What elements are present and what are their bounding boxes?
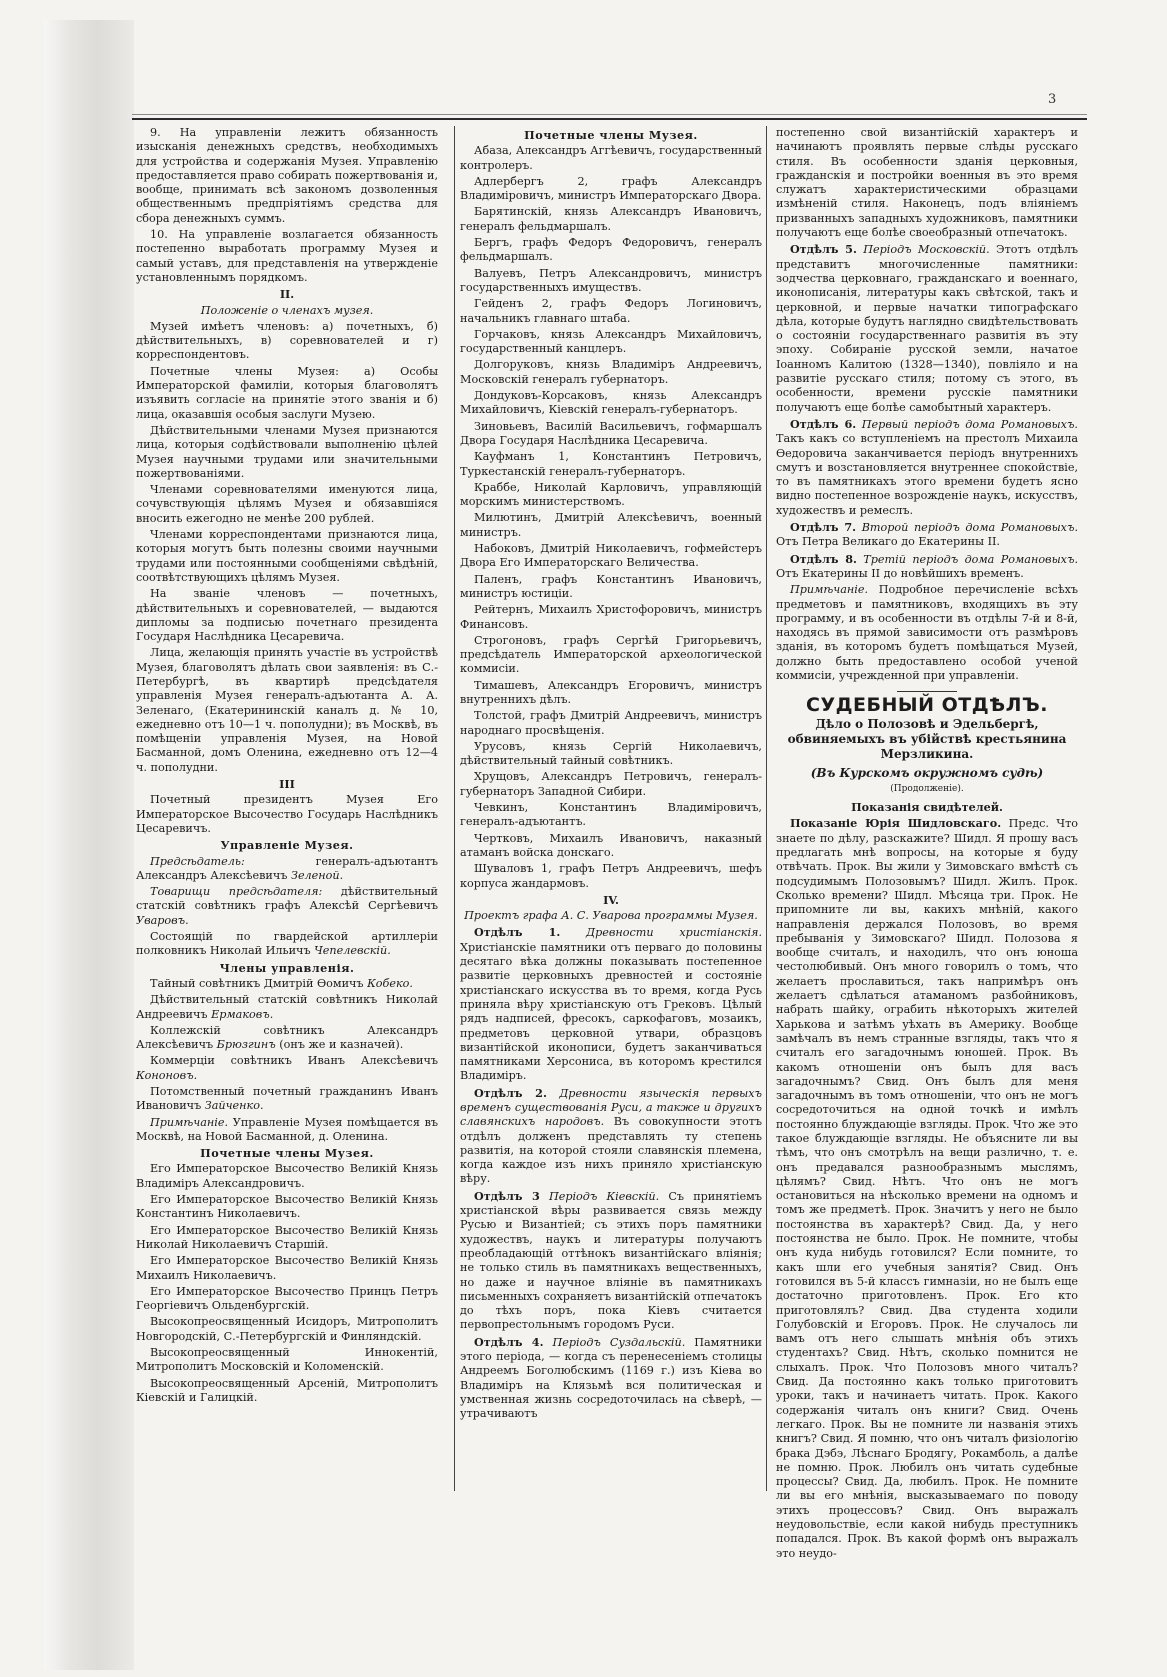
artillery-text: Состоящій по гвардейской артиллеріи полк… (136, 930, 438, 957)
column-divider-1 (454, 126, 455, 1491)
honorary-member: Тимашевъ, Александръ Егоровичъ, министръ… (460, 679, 762, 708)
competitor-members-def: Членами соревнователями именуются лица, … (136, 483, 438, 526)
department-8: Отдѣлъ 8. Третій періодъ дома Романовыхъ… (776, 552, 1078, 582)
section-title-program: Проектъ графа А. С. Уварова программы Му… (460, 909, 762, 923)
section-title-members: Положеніе о членахъ музея. (136, 304, 438, 318)
dept-label: Отдѣлъ 3 (474, 1189, 540, 1203)
honorary-member: Высокопреосвященный Иннокентій, Митропол… (136, 1346, 438, 1375)
department-4-continued: постепенно свой византійскій характеръ и… (776, 126, 1078, 240)
board-members-title: Члены управленія. (136, 961, 438, 975)
board-member: Коллежскій совѣтникъ Александръ Алексѣев… (136, 1024, 438, 1053)
honorary-member: Бергъ, графъ Федоръ Федоровичъ, генералъ… (460, 236, 762, 265)
dept-title: Третій періодъ дома Романовыхъ. (863, 553, 1078, 566)
honorary-title-col1: Почетные члены Музея. (136, 1146, 438, 1160)
honorary-title-col2: Почетные члены Музея. (460, 128, 762, 142)
department-3: Отдѣлъ 3 Періодъ Кіевскій. Съ принятіемъ… (460, 1189, 762, 1333)
president-paragraph: Почетный президентъ Музея Его Императорс… (136, 793, 438, 836)
note-label: Примѣчаніе. (790, 583, 868, 596)
board-member-text: Потомственный почетный гражданинъ Иванъ … (136, 1085, 438, 1112)
honorary-member: Хрущовъ, Александръ Петровичъ, генералъ-… (460, 770, 762, 799)
honorary-member: Чертковъ, Михаилъ Ивановичъ, наказный ат… (460, 832, 762, 861)
department-6: Отдѣлъ 6. Первый періодъ дома Романовыхъ… (776, 417, 1078, 518)
deputy-label: Товарищи предсѣдателя: (150, 885, 322, 898)
dept-text: Съ принятіемъ христіанской вѣры развивае… (460, 1190, 762, 1332)
testimony-text: Предс. Что знаете по дѣлу, разскажите? Ш… (776, 817, 1078, 1559)
department-1: Отдѣлъ 1. Древности христіанскія. Христі… (460, 925, 762, 1083)
honorary-member: Высокопреосвященный Исидоръ, Митрополитъ… (136, 1315, 438, 1344)
honorary-member: Высокопреосвященный Арсеній, Митрополитъ… (136, 1377, 438, 1406)
case-court: (Въ Курскомъ окружномъ судѣ) (776, 766, 1078, 780)
honorary-member: Горчаковъ, князь Александръ Михайловичъ,… (460, 328, 762, 357)
board-member: Коммерціи совѣтникъ Иванъ Алексѣевичъ Ко… (136, 1054, 438, 1083)
honorary-member: Паленъ, графъ Константинъ Ивановичъ, мин… (460, 573, 762, 602)
honorary-member: Шуваловъ 1, графъ Петръ Андреевичъ, шефъ… (460, 862, 762, 891)
board-note: Примѣчаніе. Управленіе Музея помѣщается … (136, 1116, 438, 1145)
artillery-name: Чепелевскій. (314, 944, 391, 957)
honorary-member: Его Императорское Высочество Великій Кня… (136, 1224, 438, 1253)
section-separator (897, 691, 957, 692)
department-4: Отдѣлъ 4. Періодъ Суздальскій. Памятники… (460, 1335, 762, 1422)
testimony-subtitle: Показаніе Юрія Шидловскаго. (790, 816, 1001, 830)
dept-title: Первый періодъ дома Романовыхъ. (862, 418, 1078, 431)
honorary-member: Адлербергъ 2, графъ Александръ Владиміро… (460, 175, 762, 204)
case-title: Дѣло о Полозовѣ и Эдельбергѣ, обвиняемых… (776, 717, 1078, 762)
honorary-member: Барятинскій, князь Александръ Ивановичъ,… (460, 205, 762, 234)
paragraph-9: 9. На управленіи лежитъ обязанность изыс… (136, 126, 438, 226)
scan-margin-shadow (44, 20, 134, 1670)
board-member-name: Ермаковъ. (211, 1008, 273, 1021)
honorary-member: Рейтернъ, Михаилъ Христофоровичъ, минист… (460, 603, 762, 632)
corresponding-members-def: Членами корреспондентами признаются лица… (136, 528, 438, 585)
column-2: Почетные члены Музея. Абаза, Александръ … (460, 126, 762, 1424)
testimony-title: Показанія свидѣтелей. (776, 800, 1078, 814)
honorary-member: Абаза, Александръ Аггѣевичъ, государстве… (460, 144, 762, 173)
board-member-suffix: (онъ же и казначей). (276, 1038, 404, 1051)
honorary-member: Его Императорское Высочество Великій Кня… (136, 1162, 438, 1191)
dept-text: Этотъ отдѣлъ представитъ многочисленные … (776, 243, 1078, 413)
dept-title: Древности христіанскія. (586, 926, 762, 939)
board-member-name: Кононовъ. (136, 1069, 197, 1082)
dept-label: Отдѣлъ 2. (474, 1086, 547, 1100)
chairman-paragraph: Предсѣдатель: генералъ-адъютантъ Алексан… (136, 855, 438, 884)
active-members-def: Дѣйствительными членами Музея признаются… (136, 424, 438, 481)
column-divider-2 (766, 126, 767, 1491)
dept-label: Отдѣлъ 8. (790, 552, 857, 566)
column-1: 9. На управленіи лежитъ обязанность изыс… (136, 126, 438, 1407)
honorary-member: Чевкинъ, Константинъ Владиміровичъ, гене… (460, 801, 762, 830)
testimony-paragraph: Показаніе Юрія Шидловскаго. Предс. Что з… (776, 816, 1078, 1560)
continuation-label: (Продолженіе). (776, 782, 1078, 796)
honorary-member: Долгоруковъ, князь Владиміръ Андреевичъ,… (460, 358, 762, 387)
chairman-label: Предсѣдатель: (150, 855, 245, 868)
honorary-member: Дондуковъ-Корсаковъ, князь Александръ Ми… (460, 389, 762, 418)
court-section-title: СУДЕБНЫЙ ОТДѢЛЪ. (776, 698, 1078, 712)
dept-title: Періодъ Кіевскій. (549, 1190, 659, 1203)
board-member-text: Коммерціи совѣтникъ Иванъ Алексѣевичъ (150, 1054, 438, 1067)
note-label: Примѣчаніе. (150, 1116, 228, 1129)
department-7: Отдѣлъ 7. Второй періодъ дома Романовыхъ… (776, 520, 1078, 550)
honorary-member: Гейденъ 2, графъ Федоръ Логиновичъ, нача… (460, 297, 762, 326)
dept-title: Періодъ Суздальскій. (552, 1336, 685, 1349)
dept-text: Отъ Петра Великаго до Екатерины II. (776, 535, 1000, 548)
honorary-member: Толстой, графъ Дмитрій Андреевичъ, минис… (460, 709, 762, 738)
honorary-member: Зиновьевъ, Василій Васильевичъ, гофмарша… (460, 420, 762, 449)
honorary-member: Его Императорское Высочество Принцъ Петр… (136, 1285, 438, 1314)
dept-label: Отдѣлъ 7. (790, 520, 856, 534)
dept-label: Отдѣлъ 1. (474, 925, 560, 939)
honorary-member: Краббе, Николай Карловичъ, управляющій м… (460, 481, 762, 510)
honorary-member: Его Императорское Высочество Великій Кня… (136, 1254, 438, 1283)
dept-label: Отдѣлъ 6. (790, 417, 856, 431)
dept-title: Періодъ Московскій. (863, 243, 989, 256)
dept-text: Отъ Екатерины II до новѣйшихъ временъ. (776, 567, 1024, 580)
board-member-text: Дѣйствительный статскій совѣтникъ Никола… (136, 993, 438, 1020)
dept-title: Второй періодъ дома Романовыхъ. (862, 521, 1078, 534)
dept-label: Отдѣлъ 4. (474, 1335, 543, 1349)
dept-text: Христіанскіе памятники отъ перваго до по… (460, 941, 762, 1083)
board-member: Тайный совѣтникъ Дмитрій Ѳомичъ Кобеко. (136, 977, 438, 991)
program-note: Примѣчаніе. Подробное перечисленіе всѣхъ… (776, 583, 1078, 683)
section-numeral-2: II. (136, 287, 438, 301)
honorary-member: Кауфманъ 1, Константинъ Петровичъ, Турке… (460, 450, 762, 479)
honorary-member: Его Императорское Высочество Великій Кня… (136, 1193, 438, 1222)
applications-paragraph: Лица, желающія принять участіе въ устрой… (136, 646, 438, 775)
department-2: Отдѣлъ 2. Древности языческія первыхъ вр… (460, 1086, 762, 1187)
dept-text: Такъ какъ со вступленіемъ на престолъ Ми… (776, 432, 1078, 516)
section-numeral-3: III (136, 777, 438, 791)
diplomas-paragraph: На званіе членовъ — почетныхъ, дѣйствите… (136, 587, 438, 644)
members-types: Музей имѣетъ членовъ: а) почетныхъ, б) д… (136, 320, 438, 363)
honorary-member: Строгоновъ, графъ Сергѣй Григорьевичъ, п… (460, 634, 762, 677)
paragraph-10: 10. На управленіе возлагается обязанност… (136, 228, 438, 285)
board-member-text: Тайный совѣтникъ Дмитрій Ѳомичъ (150, 977, 364, 990)
honorary-member: Урусовъ, князь Сергій Николаевичъ, дѣйст… (460, 740, 762, 769)
chairman-name: Зеленой. (291, 869, 343, 882)
department-5: Отдѣлъ 5. Періодъ Московскій. Этотъ отдѣ… (776, 242, 1078, 415)
honorary-member: Милютинъ, Дмитрій Алексѣевичъ, военный м… (460, 511, 762, 540)
section-numeral-4: IV. (460, 893, 762, 907)
page-number: 3 (1048, 92, 1056, 107)
honorary-member: Валуевъ, Петръ Александровичъ, министръ … (460, 267, 762, 296)
dept-label: Отдѣлъ 5. (790, 242, 857, 256)
board-member-name: Брюзгинъ (217, 1038, 276, 1051)
honorary-members-def: Почетные члены Музея: а) Особы Император… (136, 365, 438, 422)
header-rule (132, 118, 1087, 120)
board-member: Потомственный почетный гражданинъ Иванъ … (136, 1085, 438, 1114)
deputy-name: Уваровъ. (136, 914, 189, 927)
header-rule-thin (132, 114, 1087, 115)
board-member: Дѣйствительный статскій совѣтникъ Никола… (136, 993, 438, 1022)
honorary-member: Набоковъ, Дмитрій Николаевичъ, гофмейсте… (460, 542, 762, 571)
board-member-name: Кобеко. (367, 977, 413, 990)
board-title: Управленіе Музея. (136, 838, 438, 852)
deputy-paragraph: Товарищи предсѣдателя: дѣйствительный ст… (136, 885, 438, 928)
column-3: постепенно свой византійскій характеръ и… (776, 126, 1078, 1563)
artillery-paragraph: Состоящій по гвардейской артиллеріи полк… (136, 930, 438, 959)
board-member-name: Зайченко. (205, 1099, 264, 1112)
note-text: Подробное перечисленіе всѣхъ предметовъ … (776, 583, 1078, 682)
